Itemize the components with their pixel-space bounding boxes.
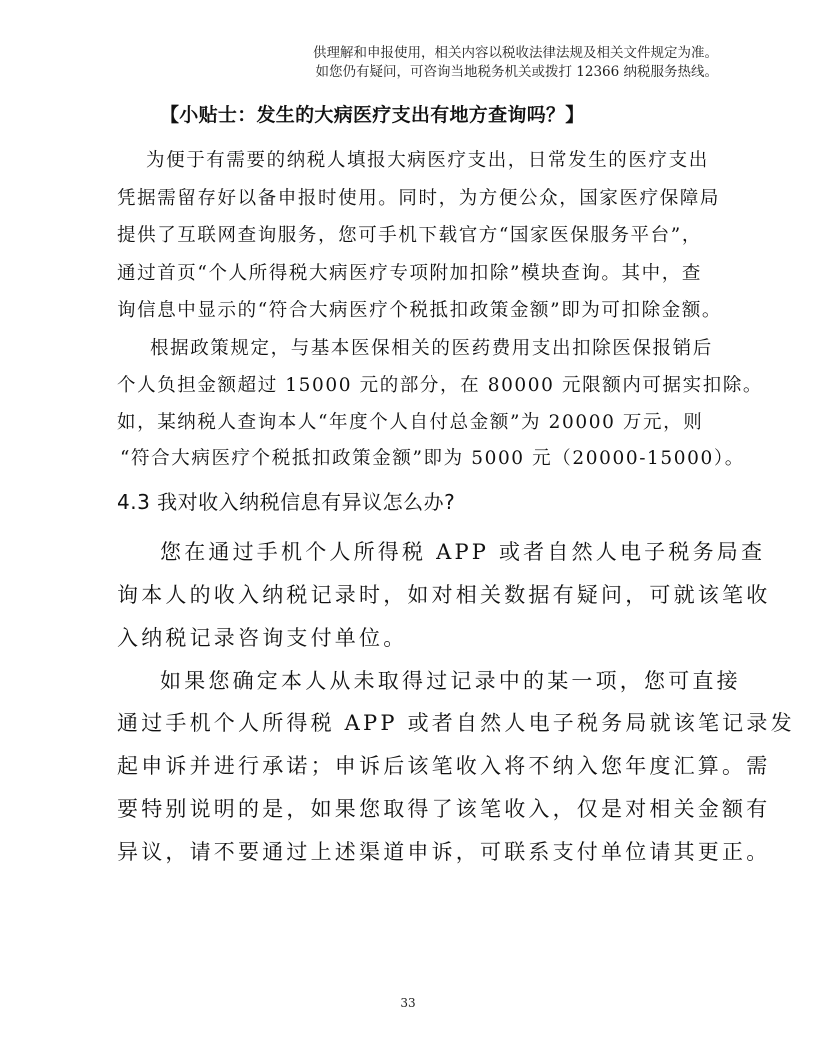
tip-paragraph-line: 为便于有需要的纳税人填报大病医疗支出，日常发生的医疗支出 bbox=[146, 146, 709, 172]
section-paragraph-line: 您在通过手机个人所得税 APP 或者自然人电子税务局查 bbox=[160, 536, 765, 566]
tip-title: 【小贴士：发生的大病医疗支出有地方查询吗？】 bbox=[160, 100, 585, 127]
tip-paragraph-line: 个人负担金额超过 15000 元的部分，在 80000 元限额内可据实扣除。 bbox=[117, 371, 763, 397]
section-heading: 4.3 我对收入纳税信息有异议怎么办? bbox=[117, 486, 455, 515]
section-paragraph-line: 入纳税记录咨询支付单位。 bbox=[117, 622, 407, 652]
tip-paragraph-line: 通过首页“个人所得税大病医疗专项附加扣除”模块查询。其中，查 bbox=[117, 259, 702, 285]
section-paragraph-line: 要特别说明的是，如果您取得了该笔收入，仅是对相关金额有 bbox=[117, 793, 770, 823]
tip-paragraph-line: 提供了互联网查询服务，您可手机下载官方“国家医保服务平台”， bbox=[117, 221, 702, 247]
section-paragraph-line: 通过手机个人所得税 APP 或者自然人电子税务局就该笔记录发 bbox=[117, 707, 795, 737]
tip-paragraph-line: “符合大病医疗个税抵扣政策金额”即为 5000 元（20000-15000）。 bbox=[120, 444, 745, 470]
header-line-2: 如您仍有疑问，可咨询当地税务机关或拨打 12366 纳税服务热线。 bbox=[313, 63, 718, 82]
section-paragraph-line: 如果您确定本人从未取得过记录中的某一项，您可直接 bbox=[160, 665, 741, 695]
section-paragraph-line: 询本人的收入纳税记录时，如对相关数据有疑问，可就该笔收 bbox=[117, 579, 770, 609]
section-paragraph-line: 起申诉并进行承诺；申诉后该笔收入将不纳入您年度汇算。需 bbox=[117, 750, 770, 780]
tip-paragraph-line: 如，某纳税人查询本人“年度个人自付总金额”为 20000 万元，则 bbox=[117, 408, 703, 434]
header-line-1: 供理解和申报使用，相关内容以税收法律法规及相关文件规定为准。 bbox=[313, 44, 718, 63]
section-paragraph-line: 异议，请不要通过上述渠道申诉，可联系支付单位请其更正。 bbox=[117, 836, 770, 866]
header-disclaimer: 供理解和申报使用，相关内容以税收法律法规及相关文件规定为准。 如您仍有疑问，可咨… bbox=[313, 44, 718, 82]
tip-paragraph-line: 根据政策规定，与基本医保相关的医药费用支出扣除医保报销后 bbox=[150, 334, 713, 360]
tip-paragraph-line: 询信息中显示的“符合大病医疗个税抵扣政策金额”即为可扣除金额。 bbox=[117, 296, 722, 322]
document-page: 供理解和申报使用，相关内容以税收法律法规及相关文件规定为准。 如您仍有疑问，可咨… bbox=[0, 0, 816, 1056]
tip-paragraph-line: 凭据需留存好以备申报时使用。同时，为方便公众，国家医疗保障局 bbox=[117, 184, 720, 210]
page-number: 33 bbox=[0, 996, 816, 1010]
